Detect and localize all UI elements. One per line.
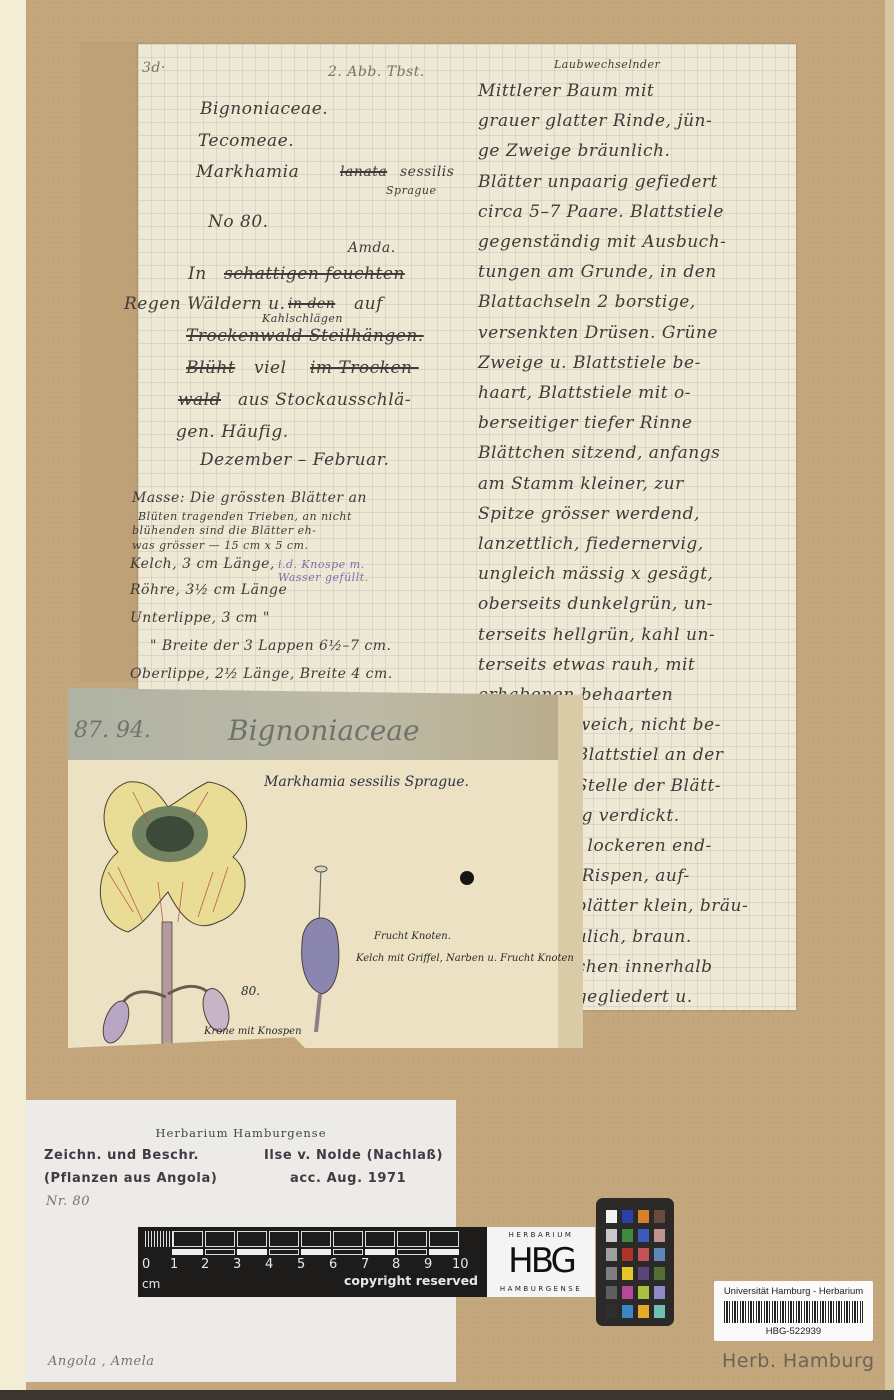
right-column-insert: Laubwechselnder (554, 58, 660, 71)
card-family-heading: Bignoniaceae (228, 714, 420, 747)
description-line: ge Zweige bräunlich. (478, 136, 798, 166)
scale-unit: cm (142, 1277, 160, 1291)
description-line: Blattachseln 2 borstige, (478, 287, 798, 317)
family-name: Bignoniaceae. (200, 99, 328, 119)
card-numbers: 87. 94. (74, 718, 151, 743)
locality-line: gen. Häufig. (176, 422, 289, 442)
color-swatch (638, 1267, 649, 1280)
color-swatch (654, 1286, 665, 1299)
locality-line-struck: im Trocken- (310, 358, 419, 378)
flower-illustration (88, 772, 278, 1048)
genus-struck-word: lanata (340, 164, 387, 180)
description-line: oberseits dunkelgrün, un- (478, 589, 798, 619)
label-drawings-by: Zeichn. und Beschr. (44, 1148, 199, 1163)
barcode-institution: Universität Hamburg - Herbarium (714, 1286, 873, 1297)
left-backing-strip (0, 0, 26, 1390)
measurement-line: " Breite der 3 Lappen 6½–7 cm. (150, 638, 391, 654)
label-collector: Ilse v. Nolde (Nachlaß) (264, 1148, 443, 1163)
measurement-line: blühenden sind die Blätter eh- (132, 524, 316, 537)
measurement-line: Kelch, 3 cm Länge, (130, 556, 275, 572)
violet-annotation: i.d. Knospe m. Wasser gefüllt. (278, 558, 398, 584)
measurement-line: Blüten tragenden Trieben, an nicht (138, 510, 352, 523)
color-swatch (654, 1210, 665, 1223)
color-swatch (622, 1229, 633, 1242)
color-swatch (606, 1210, 617, 1223)
figure-number: 80. (241, 984, 260, 998)
label-origin: (Pflanzen aus Angola) (44, 1171, 217, 1186)
description-line: versenkten Drüsen. Grüne (478, 318, 798, 348)
locality-line-struck: Trockenwald Steilhängen. (186, 326, 424, 346)
calyx-illustration (292, 864, 352, 1034)
description-line: gegenständig mit Ausbuch- (478, 227, 798, 257)
scale-tick-label: 9 (424, 1257, 432, 1272)
punch-hole-dot (460, 871, 474, 885)
color-swatch (622, 1267, 633, 1280)
locality-line: Regen Wäldern u. (124, 294, 286, 314)
scale-tick-label: 8 (392, 1257, 400, 1272)
scale-tick-label: 5 (297, 1257, 305, 1272)
herbarium-stamp: Herb. Hamburg (722, 1350, 875, 1372)
description-line: Mittlerer Baum mit (478, 76, 798, 106)
scale-tick-label: 0 (142, 1257, 150, 1272)
color-swatch (654, 1248, 665, 1261)
label-number: Nr. 80 (46, 1194, 90, 1209)
genus-name: Markhamia (196, 162, 299, 182)
measurement-line: Oberlippe, 2½ Länge, Breite 4 cm. (130, 666, 393, 682)
locality-line: In (188, 264, 207, 284)
calyx-label: Kelch mit Griffel, Narben u. Frucht Knot… (356, 953, 574, 964)
hbg-logo-top-text: HERBARIUM (487, 1231, 595, 1239)
locality-insert: Kahlschlägen (262, 312, 343, 325)
description-line: terseits hellgrün, kahl un- (478, 620, 798, 650)
color-swatch (622, 1210, 633, 1223)
color-swatch (654, 1267, 665, 1280)
color-swatch (638, 1229, 649, 1242)
measurement-line: Röhre, 3½ cm Länge (130, 582, 287, 598)
hbg-logo-panel: HERBARIUM HBG HAMBURGENSE (487, 1227, 595, 1297)
locality-line: auf (354, 294, 383, 314)
color-swatch (638, 1305, 649, 1318)
locality-line: aus Stockausschlä- (238, 390, 411, 410)
fruit-label: Frucht Knoten. (374, 931, 451, 942)
description-line: circa 5–7 Paare. Blattstiele (478, 197, 798, 227)
measurement-line: was grösser — 15 cm x 5 cm. (132, 539, 308, 552)
color-swatch (606, 1229, 617, 1242)
header-center: 2. Abb. Tbst. (328, 64, 425, 80)
label-heading: Herbarium Hamburgense (26, 1126, 456, 1140)
locality-line: viel (254, 358, 287, 378)
color-swatch (622, 1248, 633, 1261)
description-line: lanzettlich, fiedernervig, (478, 529, 798, 559)
description-line: Zweige u. Blattstiele be- (478, 348, 798, 378)
color-calibration-chart (596, 1198, 674, 1326)
description-line: terseits etwas rauh, mit (478, 650, 798, 680)
color-swatch (606, 1305, 617, 1318)
scale-bar: 0 1 2 3 4 5 6 7 8 9 10 cm copyright rese… (138, 1227, 488, 1297)
scale-tick-label: 1 (170, 1257, 178, 1272)
copyright-notice: copyright reserved (344, 1273, 478, 1288)
card-species-title: Markhamia sessilis Sprague. (264, 774, 469, 790)
species-epithet: sessilis (400, 164, 454, 180)
header-marks: 3d· (142, 60, 166, 76)
locality-line: Amda. (348, 240, 396, 256)
description-line: haart, Blattstiele mit o- (478, 378, 798, 408)
scale-tick-label: 2 (201, 1257, 209, 1272)
authority: Sprague (386, 184, 437, 197)
description-line: tungen am Grunde, in den (478, 257, 798, 287)
locality-line-struck: in den (288, 296, 335, 312)
hbg-logo-bottom-text: HAMBURGENSE (487, 1285, 595, 1293)
flowering-period: Dezember – Februar. (200, 450, 389, 470)
description-line: Spitze grösser werdend, (478, 499, 798, 529)
catalog-number: HBG-522939 (714, 1326, 873, 1337)
hbg-logo-mark: HBG (487, 1241, 595, 1281)
measurement-line: Unterlippe, 3 cm " (130, 610, 270, 626)
description-line: grauer glatter Rinde, jün- (478, 106, 798, 136)
locality-line-struck: wald (178, 390, 221, 410)
barcode-icon (724, 1301, 863, 1323)
label-locality: Angola , Amela (48, 1354, 155, 1369)
color-swatch (638, 1248, 649, 1261)
description-line: Blättchen sitzend, anfangs (478, 438, 798, 468)
scale-bar-segments (143, 1231, 461, 1255)
color-swatch (654, 1305, 665, 1318)
scale-tick-label: 4 (265, 1257, 273, 1272)
corolla-label: Krone mit Knospen (204, 1026, 302, 1037)
scale-tick-label: 7 (361, 1257, 369, 1272)
scale-tick-label: 6 (329, 1257, 337, 1272)
locality-line-struck: Blüht (186, 358, 235, 378)
scale-tick-label: 10 (452, 1257, 469, 1272)
color-swatch (606, 1286, 617, 1299)
description-line: am Stamm kleiner, zur (478, 469, 798, 499)
folder-right-edge (885, 0, 894, 1392)
color-swatch (638, 1286, 649, 1299)
scan-bottom-edge (0, 1390, 894, 1400)
description-line: Blätter unpaarig gefiedert (478, 167, 798, 197)
botanical-drawing-card: 87. 94. Bignoniaceae Markhamia sessilis … (68, 688, 583, 1048)
locality-line-struck: schattigen feuchten (224, 264, 405, 284)
color-swatch (606, 1248, 617, 1261)
label-accession: acc. Aug. 1971 (290, 1171, 406, 1186)
color-swatch (622, 1305, 633, 1318)
description-line: berseitiger tiefer Rinne (478, 408, 798, 438)
card-edge-strip (558, 688, 583, 1048)
color-swatch (654, 1229, 665, 1242)
specimen-number: No 80. (208, 212, 269, 232)
description-line: ungleich mässig x gesägt, (478, 559, 798, 589)
color-swatch (638, 1210, 649, 1223)
color-swatch (606, 1267, 617, 1280)
color-swatch (622, 1286, 633, 1299)
barcode-label: Universität Hamburg - Herbarium HBG-5229… (714, 1281, 873, 1341)
scale-tick-label: 3 (233, 1257, 241, 1272)
tribe-name: Tecomeae. (198, 131, 294, 151)
measurement-line: Masse: Die grössten Blätter an (132, 490, 367, 506)
